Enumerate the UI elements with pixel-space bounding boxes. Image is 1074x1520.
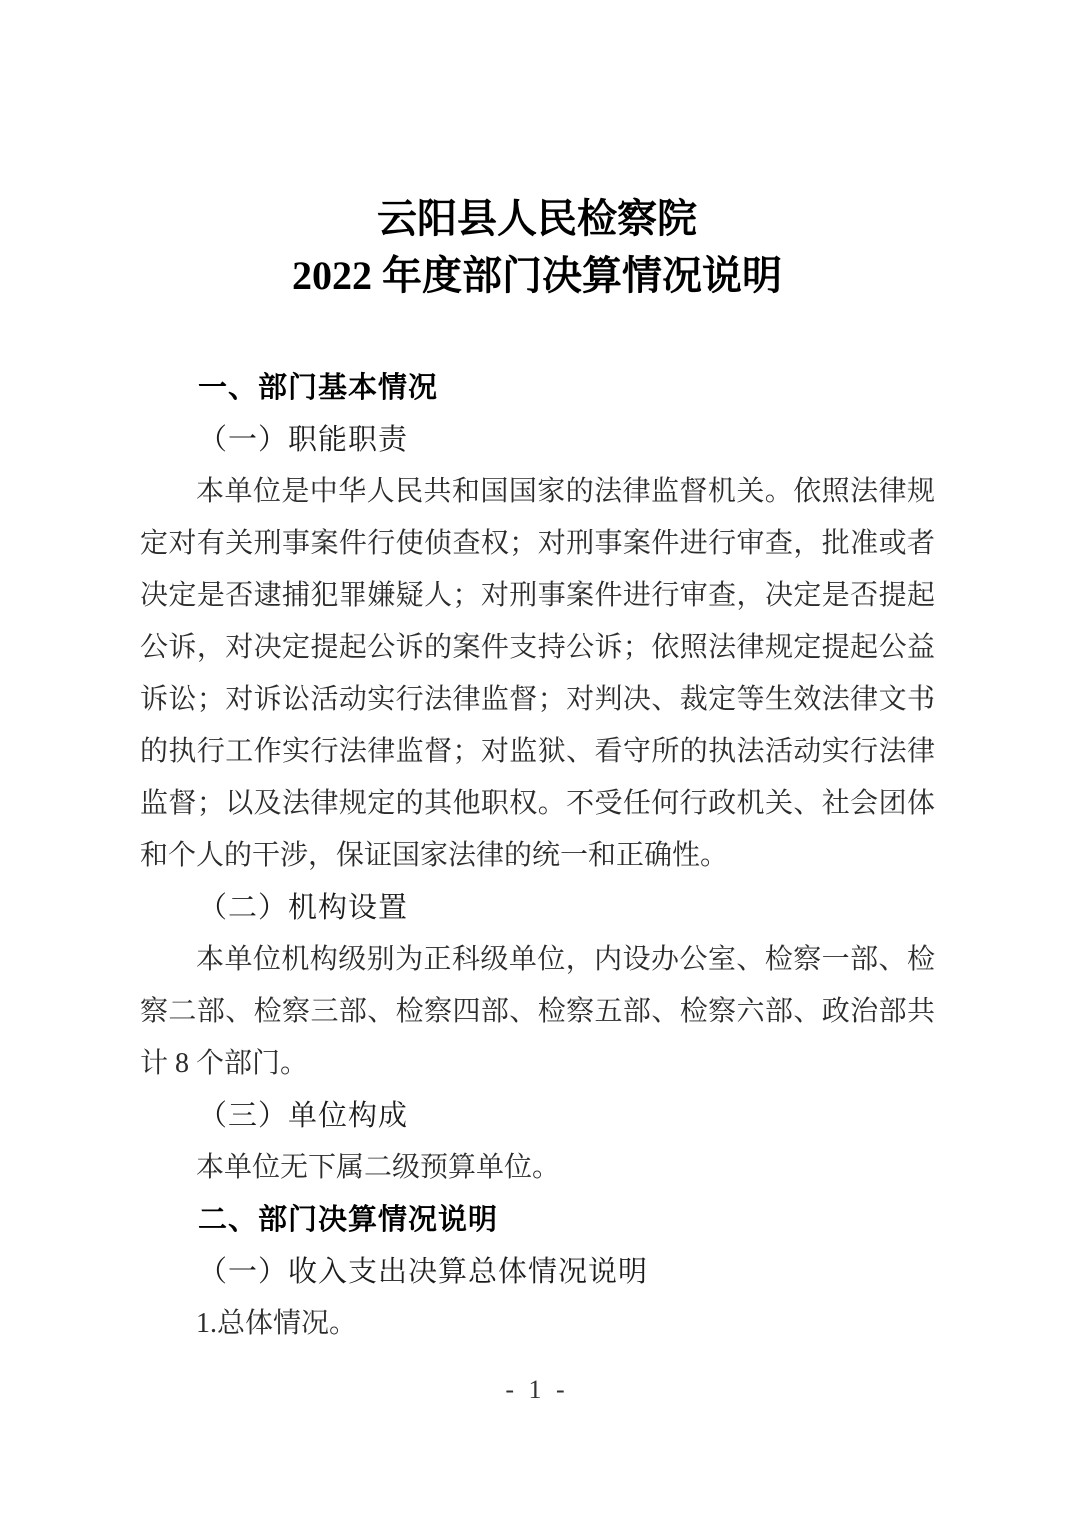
document-page: 云阳县人民检察院 2022 年度部门决算情况说明 一、部门基本情况 （一）职能职…	[0, 0, 1074, 1520]
document-title-line2: 2022 年度部门决算情况说明	[0, 247, 1074, 304]
subsection-heading-revenue-expenditure: （一）收入支出决算总体情况说明	[140, 1246, 935, 1298]
subsection-heading-duties: （一）职能职责	[140, 414, 935, 466]
paragraph-duties: 本单位是中华人民共和国国家的法律监督机关。依照法律规定对有关刑事案件行使侦查权；…	[140, 466, 935, 882]
section-heading-final-accounts: 二、部门决算情况说明	[140, 1194, 935, 1246]
paragraph-unit-composition: 本单位无下属二级预算单位。	[140, 1142, 935, 1194]
paragraph-org-setup: 本单位机构级别为正科级单位，内设办公室、检察一部、检察二部、检察三部、检察四部、…	[140, 934, 935, 1090]
document-title: 云阳县人民检察院 2022 年度部门决算情况说明	[0, 0, 1074, 304]
section-heading-basic-info: 一、部门基本情况	[140, 362, 935, 414]
subsection-heading-org-setup: （二）机构设置	[140, 882, 935, 934]
subsection-heading-unit-composition: （三）单位构成	[140, 1090, 935, 1142]
document-title-line1: 云阳县人民检察院	[0, 190, 1074, 247]
page-number: - 1 -	[0, 1374, 1074, 1406]
document-body: 一、部门基本情况 （一）职能职责 本单位是中华人民共和国国家的法律监督机关。依照…	[140, 362, 935, 1350]
paragraph-overall-situation: 1.总体情况。	[140, 1298, 935, 1350]
